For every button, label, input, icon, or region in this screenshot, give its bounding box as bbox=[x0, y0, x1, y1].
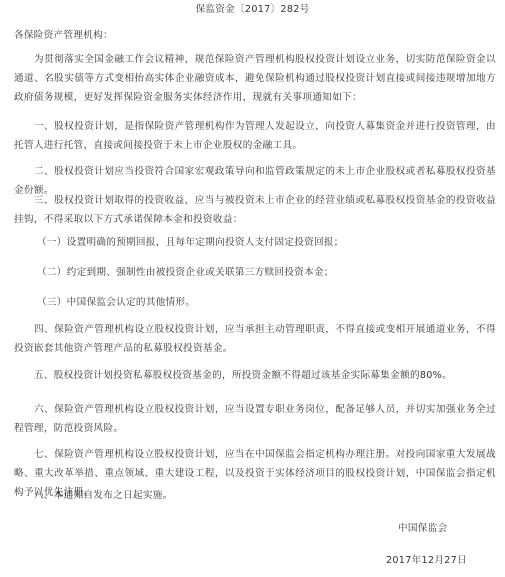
item-3-sub-1: （一）设置明确的预期回报，且每年定期向投资人支付固定投资回报； bbox=[37, 237, 344, 249]
issue-date: 2017年12月27日 bbox=[386, 555, 467, 567]
item-3-sub-2: （二）约定到期、强制性由被投资企业或关联第三方赎回投资本金； bbox=[37, 267, 334, 279]
notice-document: 保监资金〔2017〕282号 各保险资产管理机构： 为贯彻落实全国金融工作会议精… bbox=[0, 0, 505, 577]
item-4: 四、保险资产管理机构设立股权投资计划，应当承担主动管理职责，不得直接或变相开展通… bbox=[14, 320, 496, 358]
salutation: 各保险资产管理机构： bbox=[14, 30, 113, 42]
item-3-sub-3: （三）中国保监会认定的其他情形。 bbox=[37, 297, 195, 309]
item-1: 一、股权投资计划，是指保险资产管理机构作为管理人发起设立，向投资人募集资金并进行… bbox=[14, 117, 496, 155]
item-3: 三、股权投资计划取得的投资收益，应当与被投资未上市企业的经营业绩或私募股权投资基… bbox=[14, 191, 496, 229]
document-number: 保监资金〔2017〕282号 bbox=[0, 4, 505, 16]
issuer-signature: 中国保监会 bbox=[398, 523, 447, 535]
intro-paragraph: 为贯彻落实全国金融工作会议精神，规范保险资产管理机构股权投资计划设立业务，切实防… bbox=[14, 50, 496, 107]
item-6: 六、保险资产管理机构设立股权投资计划，应当设置专职业务岗位，配备足够人员，并切实… bbox=[14, 400, 496, 438]
item-5: 五、股权投资计划投资私募股权投资基金的，所投资金额不得超过该基金实际募集金额的8… bbox=[34, 370, 452, 382]
item-8: 八、本通知自发布之日起实施。 bbox=[34, 490, 173, 502]
